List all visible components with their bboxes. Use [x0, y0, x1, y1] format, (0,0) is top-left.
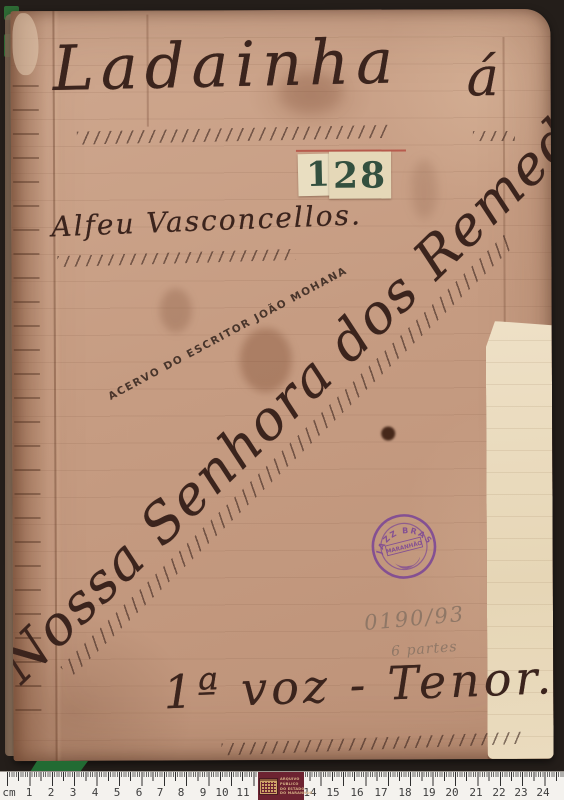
ruler-number: 11 — [233, 786, 253, 799]
ruler-number: 5 — [107, 786, 127, 799]
smudge-stain — [160, 288, 192, 332]
ruler-number: 15 — [323, 786, 343, 799]
shelf-digit: 1 — [306, 155, 331, 196]
title-word-ladainha: Ladainha — [52, 24, 401, 105]
ruler-number: 3 — [63, 786, 83, 799]
ruler-number: 10 — [212, 786, 232, 799]
ruler-number: 21 — [466, 786, 486, 799]
scan-background: Ladainha á 1 28 Alfeu Vasconcellos. ACER… — [0, 0, 564, 800]
ruler-number: 1 — [19, 786, 39, 799]
ruler-number: 22 — [489, 786, 509, 799]
measuring-ruler: cm 12345678910111415161718192021222324 A… — [0, 771, 564, 800]
ruler-number: 19 — [419, 786, 439, 799]
ruler-number: 23 — [511, 786, 531, 799]
ruler-unit-label: cm — [0, 786, 18, 799]
ruler-number: 17 — [371, 786, 391, 799]
ink-spot — [381, 427, 395, 441]
stamp-center-text: MARANHÃO — [385, 540, 423, 556]
manuscript-cover: Ladainha á 1 28 Alfeu Vasconcellos. ACER… — [10, 9, 553, 761]
archive-logo-text: ARQUIVO PÚBLICO DO ESTADO DO MARANHÃO — [280, 777, 312, 795]
ruler-number: 4 — [85, 786, 105, 799]
ruler-number: 16 — [347, 786, 367, 799]
ruler-number: 8 — [171, 786, 191, 799]
ruler-number: 20 — [442, 786, 462, 799]
archive-logo: ARQUIVO PÚBLICO DO ESTADO DO MARANHÃO — [258, 772, 304, 800]
building-icon — [259, 778, 278, 795]
ruler-number: 9 — [193, 786, 213, 799]
ruler-number: 7 — [150, 786, 170, 799]
ruler-number: 6 — [129, 786, 149, 799]
ruler-number: 18 — [395, 786, 415, 799]
ruler-number: 24 — [533, 786, 553, 799]
ruler-number: 2 — [41, 786, 61, 799]
archive-logo-line: DO MARANHÃO — [280, 791, 312, 796]
